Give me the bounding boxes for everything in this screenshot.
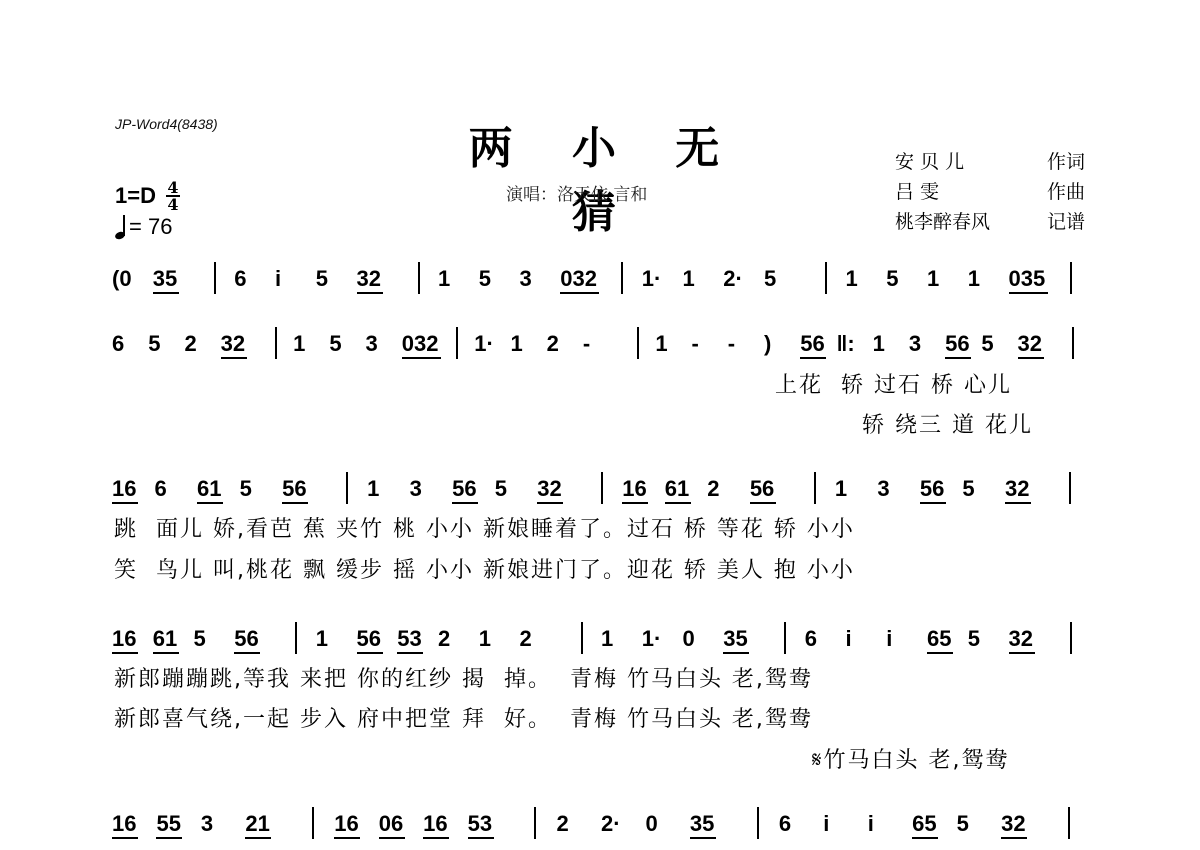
barline xyxy=(346,472,348,504)
note: 32 xyxy=(1005,476,1029,502)
note: 2 xyxy=(547,331,559,357)
note: 5 xyxy=(968,626,980,652)
note: 5 xyxy=(316,266,328,292)
note: 06 xyxy=(379,811,403,837)
lyrics-line: 轿 绕三 道 花儿 xyxy=(862,408,1033,439)
note: ‖: xyxy=(836,331,854,357)
transcriber-credit: 桃李醉春风记谱 xyxy=(895,207,1085,237)
barline xyxy=(1072,327,1074,359)
note: 53 xyxy=(468,811,492,837)
note: 032 xyxy=(402,331,439,357)
note: 5 xyxy=(764,266,776,292)
note: 16 xyxy=(622,476,646,502)
lyrics-line: 笑 鸟儿 叫,桃花 飘 缓步 摇 小小 新娘进门了。迎花 轿 美人 抱 小小 xyxy=(114,553,855,584)
note: 5 xyxy=(886,266,898,292)
note: 16 xyxy=(112,626,136,652)
note: 6 xyxy=(112,331,124,357)
note: 1 xyxy=(367,476,379,502)
note: i xyxy=(886,626,892,652)
note: 5 xyxy=(957,811,969,837)
note: 32 xyxy=(1001,811,1025,837)
barline xyxy=(784,622,786,654)
barline xyxy=(621,262,623,294)
note: 35 xyxy=(723,626,747,652)
note: 1· xyxy=(642,626,662,652)
note: 2 xyxy=(707,476,719,502)
note: 1 xyxy=(438,266,450,292)
note: 1 xyxy=(655,331,667,357)
note: 3 xyxy=(410,476,422,502)
note: 2· xyxy=(723,266,743,292)
note: 32 xyxy=(537,476,561,502)
barline xyxy=(825,262,827,294)
key-signature: 1=D 4 4 xyxy=(115,180,180,212)
note: 61 xyxy=(153,626,177,652)
note: 1 xyxy=(846,266,858,292)
note: 65 xyxy=(912,811,936,837)
note: 56 xyxy=(234,626,258,652)
note: 56 xyxy=(357,626,381,652)
note: 1 xyxy=(316,626,328,652)
note: 035 xyxy=(1009,266,1046,292)
note: 2 xyxy=(438,626,450,652)
barline xyxy=(456,327,458,359)
barline xyxy=(1069,472,1071,504)
note: 3 xyxy=(201,811,213,837)
note: 032 xyxy=(560,266,597,292)
note: 32 xyxy=(357,266,381,292)
score-line: 16615561565321211·0356ii65532 xyxy=(112,618,1090,658)
note: 5 xyxy=(962,476,974,502)
note: 32 xyxy=(1018,331,1042,357)
barline xyxy=(814,472,816,504)
note: 3 xyxy=(909,331,921,357)
note: i xyxy=(846,626,852,652)
note: 16 xyxy=(423,811,447,837)
note: 56 xyxy=(452,476,476,502)
barline xyxy=(1070,262,1072,294)
note: 1 xyxy=(601,626,613,652)
note: 21 xyxy=(245,811,269,837)
note: ) xyxy=(764,331,771,357)
note: 6 xyxy=(805,626,817,652)
note: - xyxy=(583,331,590,357)
note: 32 xyxy=(1009,626,1033,652)
note: 5 xyxy=(981,331,993,357)
time-signature: 4 4 xyxy=(166,180,180,212)
song-title: 两 小 无 猜 xyxy=(440,112,770,240)
lyrics-line: 新郎蹦蹦跳,等我 来把 你的红纱 揭 掉。 青梅 竹马白头 老,鸳鸯 xyxy=(114,662,813,693)
note: 61 xyxy=(665,476,689,502)
lyrics-line: 新郎喜气绕,一起 步入 府中把堂 拜 好。 青梅 竹马白头 老,鸳鸯 xyxy=(114,702,813,733)
note: - xyxy=(728,331,735,357)
note: 3 xyxy=(366,331,378,357)
lyrics-line: 跳 面儿 娇,看芭 蕉 夹竹 桃 小小 新娘睡着了。过石 桥 等花 轿 小小 xyxy=(114,512,855,543)
score-line: 16553211606165322·0356ii65532 xyxy=(112,803,1090,843)
quarter-note-icon xyxy=(115,215,123,239)
note: 5 xyxy=(329,331,341,357)
note: 35 xyxy=(153,266,177,292)
note: - xyxy=(692,331,699,357)
note: 16 xyxy=(112,476,136,502)
note: 2 xyxy=(557,811,569,837)
note: 32 xyxy=(221,331,245,357)
note: 56 xyxy=(750,476,774,502)
tempo-marking: = 76 xyxy=(115,214,172,240)
note: i xyxy=(275,266,281,292)
barline xyxy=(275,327,277,359)
credits-block: 安 贝 儿作词 吕 雯作曲 桃李醉春风记谱 xyxy=(895,147,1085,237)
note: 56 xyxy=(945,331,969,357)
note: 56 xyxy=(282,476,306,502)
software-watermark: JP-Word4(8438) xyxy=(115,116,218,132)
barline xyxy=(312,807,314,839)
singer-credit: 演唱：洛天依 言和 xyxy=(506,180,647,205)
note: 1 xyxy=(479,626,491,652)
score-line: 16661556135653216612561356532 xyxy=(112,468,1090,508)
note: 2· xyxy=(601,811,621,837)
note: 0 xyxy=(683,626,695,652)
note: 6 xyxy=(234,266,246,292)
barline xyxy=(534,807,536,839)
note: 1 xyxy=(968,266,980,292)
barline xyxy=(214,262,216,294)
lyrics-line: 𝄋竹马白头 老,鸳鸯 xyxy=(812,743,1009,774)
note: 6 xyxy=(155,476,167,502)
note: 1 xyxy=(873,331,885,357)
note: (0 xyxy=(112,266,132,292)
barline xyxy=(601,472,603,504)
score-line: 652321530321·12-1--)56‖:1356532 xyxy=(112,323,1090,363)
note: 3 xyxy=(520,266,532,292)
note: 1 xyxy=(927,266,939,292)
barline xyxy=(757,807,759,839)
note: i xyxy=(868,811,874,837)
note: 1 xyxy=(293,331,305,357)
lyrics-line: 上花 轿 过石 桥 心儿 xyxy=(775,368,1012,399)
note: 5 xyxy=(148,331,160,357)
score-line: (0356i5321530321·12·51511035 xyxy=(112,258,1090,298)
barline xyxy=(295,622,297,654)
note: 65 xyxy=(927,626,951,652)
note: 2 xyxy=(184,331,196,357)
note: 0 xyxy=(645,811,657,837)
note: 61 xyxy=(197,476,221,502)
note: 5 xyxy=(240,476,252,502)
note: 1 xyxy=(835,476,847,502)
barline xyxy=(637,327,639,359)
note: 1· xyxy=(474,331,494,357)
note: 5 xyxy=(495,476,507,502)
note: 55 xyxy=(156,811,180,837)
barline xyxy=(1068,807,1070,839)
note: 53 xyxy=(397,626,421,652)
note: 5 xyxy=(479,266,491,292)
note: 1 xyxy=(510,331,522,357)
note: 56 xyxy=(800,331,824,357)
note: 3 xyxy=(877,476,889,502)
barline xyxy=(1070,622,1072,654)
barline xyxy=(418,262,420,294)
lyricist-credit: 安 贝 儿作词 xyxy=(895,147,1085,177)
barline xyxy=(581,622,583,654)
note: 16 xyxy=(334,811,358,837)
note: 56 xyxy=(920,476,944,502)
note: 16 xyxy=(112,811,136,837)
note: 35 xyxy=(690,811,714,837)
note: 5 xyxy=(194,626,206,652)
note: 1 xyxy=(683,266,695,292)
note: i xyxy=(823,811,829,837)
note: 2 xyxy=(520,626,532,652)
note: 6 xyxy=(779,811,791,837)
note: 1· xyxy=(642,266,662,292)
composer-credit: 吕 雯作曲 xyxy=(895,177,1085,207)
